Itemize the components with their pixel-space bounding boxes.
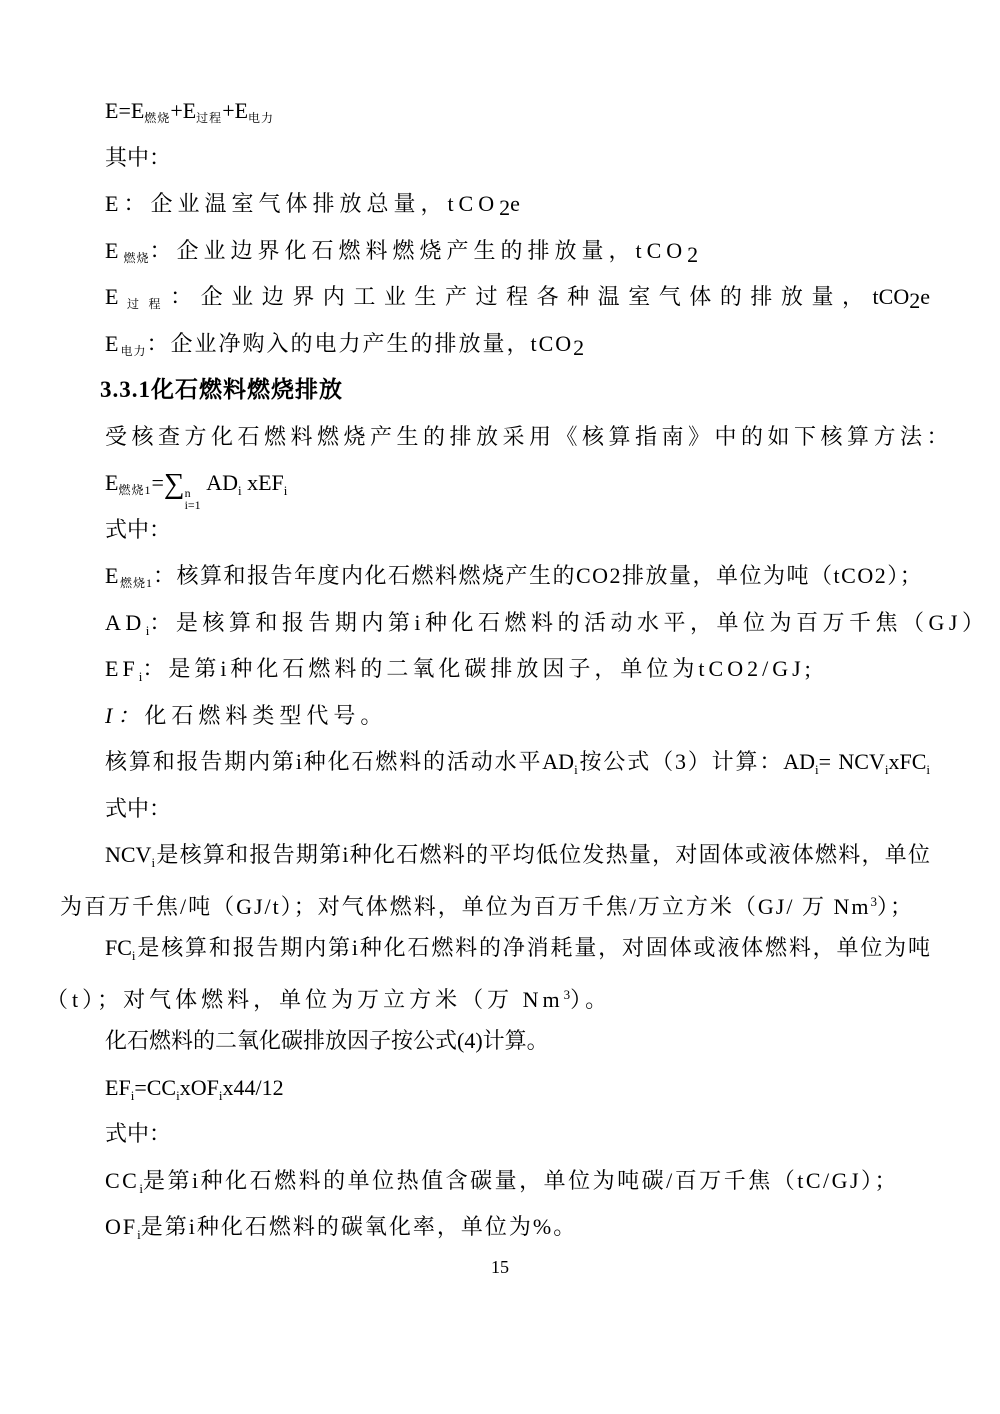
text-segment: +E	[222, 98, 248, 123]
text-segment: 是核算和报告期第i种化石燃料的平均低位发热量，对固体或液体燃料，单位	[155, 842, 930, 867]
text-segment: E	[105, 563, 120, 588]
text-segment: E	[105, 238, 123, 263]
formula-ef: EFi=CCixOFix44/12	[60, 1065, 940, 1112]
text-segment: OF	[105, 1214, 137, 1239]
label-formula-symbols-1: 式中：	[60, 507, 940, 554]
text-segment: E	[105, 470, 118, 495]
text-segment: （t）；对气体燃料，单位为万立方米（万 Nm	[46, 987, 564, 1012]
text-segment: i	[284, 483, 288, 498]
text-segment: ：企业边界内工业生产过程各种温室气体的排放量，tCO	[170, 284, 909, 309]
para-method-intro: 受核查方化石燃料燃烧产生的排放采用《核算指南》中的如下核算方法：	[60, 414, 940, 461]
text-segment: ：企业净购入的电力产生的排放量，tCO	[146, 331, 573, 356]
text-segment: CC	[105, 1168, 139, 1193]
label-among-which: 其中：	[60, 135, 940, 182]
text-segment: EF	[105, 656, 139, 681]
para-ncv-def-line1: NCVi是核算和报告期第i种化石燃料的平均低位发热量，对固体或液体燃料，单位	[60, 832, 930, 879]
text-segment: e	[510, 191, 525, 216]
text-segment: i	[926, 762, 930, 777]
text-segment: 按公式（3）计算：AD	[578, 749, 815, 774]
page-footer: 15	[0, 1252, 1000, 1282]
text-segment: xOF	[180, 1075, 219, 1100]
text-segment: 2	[909, 288, 920, 313]
text-segment: 2	[499, 195, 510, 220]
text-segment: 式中：	[105, 1121, 171, 1146]
formula-combustion-emission: E燃烧1=∑ni=1 ADi xEFi	[60, 460, 940, 507]
text-segment: e	[920, 284, 930, 309]
text-segment: ：核算和报告年度内化石燃料燃烧产生的CO2排放量，单位为吨（tCO2）；	[153, 563, 923, 588]
text-segment: xEF	[242, 470, 284, 495]
text-segment: 是核算和报告期内第i种化石燃料的净消耗量，对固体或液体燃料，单位为吨	[136, 935, 930, 960]
text-segment: = NCV	[819, 749, 885, 774]
text-segment: i=1	[185, 499, 201, 511]
text-segment: E	[105, 331, 120, 356]
label-formula-symbols-2: 式中：	[60, 786, 940, 833]
para-ncv-def-line2: 为百万千焦/吨（GJ/t）；对气体燃料，单位为百万千焦/万立方米（GJ/ 万 N…	[60, 879, 940, 926]
def-i-code: I：化石燃料类型代号。	[60, 693, 940, 740]
def-e-combustion: E燃烧：企业边界化石燃料燃烧产生的排放量，tCO2	[60, 228, 940, 275]
text-segment: 2	[573, 335, 584, 360]
text-segment: 化石燃料类型代号。	[144, 703, 387, 728]
def-cc-i: CCi是第i种化石燃料的单位热值含碳量，单位为吨碳/百万千焦（tC/GJ）；	[60, 1158, 940, 1205]
document-page: E=E燃烧+E过程+E电力其中：E：企业温室气体排放总量，tCO2eE燃烧：企业…	[0, 0, 1000, 1414]
text-segment: E=E	[105, 98, 144, 123]
text-segment: ）；	[877, 894, 914, 919]
text-segment: ：是第i种化石燃料的二氧化碳排放因子，单位为tCO2/GJ;	[142, 656, 814, 681]
text-segment: +E	[170, 98, 196, 123]
text-segment: 受核查方化石燃料燃烧产生的排放采用《核算指南》中的如下核算方法：	[105, 424, 953, 449]
def-e-combustion-1: E燃烧1：核算和报告年度内化石燃料燃烧产生的CO2排放量，单位为吨（tCO2）；	[60, 553, 940, 600]
text-segment: 2	[687, 242, 698, 267]
para-ad-calculation: 核算和报告期内第i种化石燃料的活动水平ADi按公式（3）计算：ADi= NCVi…	[60, 739, 930, 786]
text-segment: 燃烧	[144, 111, 170, 125]
text-segment: ）。	[570, 987, 611, 1012]
text-segment: 燃烧1	[118, 483, 151, 497]
text-segment: ：是核算和报告期内第i种化石燃料的活动水平，单位为百万千焦（GJ）	[149, 610, 988, 635]
text-segment: xFC	[888, 749, 926, 774]
formula-total-emission: E=E燃烧+E过程+E电力	[60, 88, 940, 135]
def-e-process: E过程：企业边界内工业生产过程各种温室气体的排放量，tCO2e	[60, 274, 930, 321]
text-segment: 过程	[196, 111, 222, 125]
text-segment: AD	[105, 610, 146, 635]
text-segment: 化石燃料的二氧化碳排放因子按公式(4)计算。	[105, 1028, 549, 1053]
para-ef-intro: 化石燃料的二氧化碳排放因子按公式(4)计算。	[60, 1018, 940, 1065]
text-segment: E	[105, 284, 118, 309]
text-segment: 核算和报告期内第i种化石燃料的活动水平AD	[105, 749, 574, 774]
text-segment: 是第i种化石燃料的单位热值含碳量，单位为吨碳/百万千焦（tC/GJ）；	[143, 1168, 899, 1193]
def-of-i: OFi是第i种化石燃料的碳氧化率，单位为%。	[60, 1204, 940, 1251]
text-segment: 式中：	[105, 796, 171, 821]
section-heading-3-3-1: 3.3.1化石燃料燃烧排放	[60, 367, 940, 414]
text-segment: I：	[105, 703, 144, 728]
text-segment: EF	[105, 1075, 131, 1100]
text-segment: 燃烧	[123, 251, 149, 265]
def-ef-i: EFi：是第i种化石燃料的二氧化碳排放因子，单位为tCO2/GJ;	[60, 646, 940, 693]
text-segment: FC	[105, 935, 132, 960]
text-segment: x44/12	[222, 1075, 283, 1100]
text-segment: ：企业边界化石燃料燃烧产生的排放量，tCO	[149, 238, 687, 263]
text-segment: AD	[201, 470, 238, 495]
text-segment: E：企业温室气体排放总量，tCO	[105, 191, 499, 216]
def-e-electricity: E电力：企业净购入的电力产生的排放量，tCO2	[60, 321, 940, 368]
text-segment: 过程	[118, 297, 170, 311]
text-segment: ni=1	[185, 487, 201, 511]
text-segment: 为百万千焦/吨（GJ/t）；对气体燃料，单位为百万千焦/万立方米（GJ/ 万 N…	[60, 894, 870, 919]
text-segment: =CC	[134, 1075, 176, 1100]
text-segment: 电力	[120, 344, 146, 358]
document-body: E=E燃烧+E过程+E电力其中：E：企业温室气体排放总量，tCO2eE燃烧：企业…	[0, 0, 1000, 1251]
text-segment: 式中：	[105, 517, 171, 542]
page-number: 15	[491, 1257, 509, 1277]
para-fc-def-line2: （t）；对气体燃料，单位为万立方米（万 Nm3）。	[46, 972, 940, 1019]
text-segment: NCV	[105, 842, 151, 867]
para-fc-def-line1: FCi是核算和报告期内第i种化石燃料的净消耗量，对固体或液体燃料，单位为吨	[60, 925, 930, 972]
text-segment: 3.3.1化石燃料燃烧排放	[100, 377, 343, 402]
text-segment: 电力	[248, 111, 274, 125]
text-segment: 是第i种化石燃料的碳氧化率，单位为%。	[141, 1214, 577, 1239]
sum-symbol: ∑	[164, 468, 185, 500]
text-segment: 其中：	[105, 145, 171, 170]
text-segment: 燃烧1	[120, 576, 153, 590]
def-ad-i: ADi：是核算和报告期内第i种化石燃料的活动水平，单位为百万千焦（GJ）	[60, 600, 940, 647]
text-segment: =	[151, 470, 163, 495]
def-e-total: E：企业温室气体排放总量，tCO2e	[60, 181, 940, 228]
label-formula-symbols-3: 式中：	[60, 1111, 940, 1158]
